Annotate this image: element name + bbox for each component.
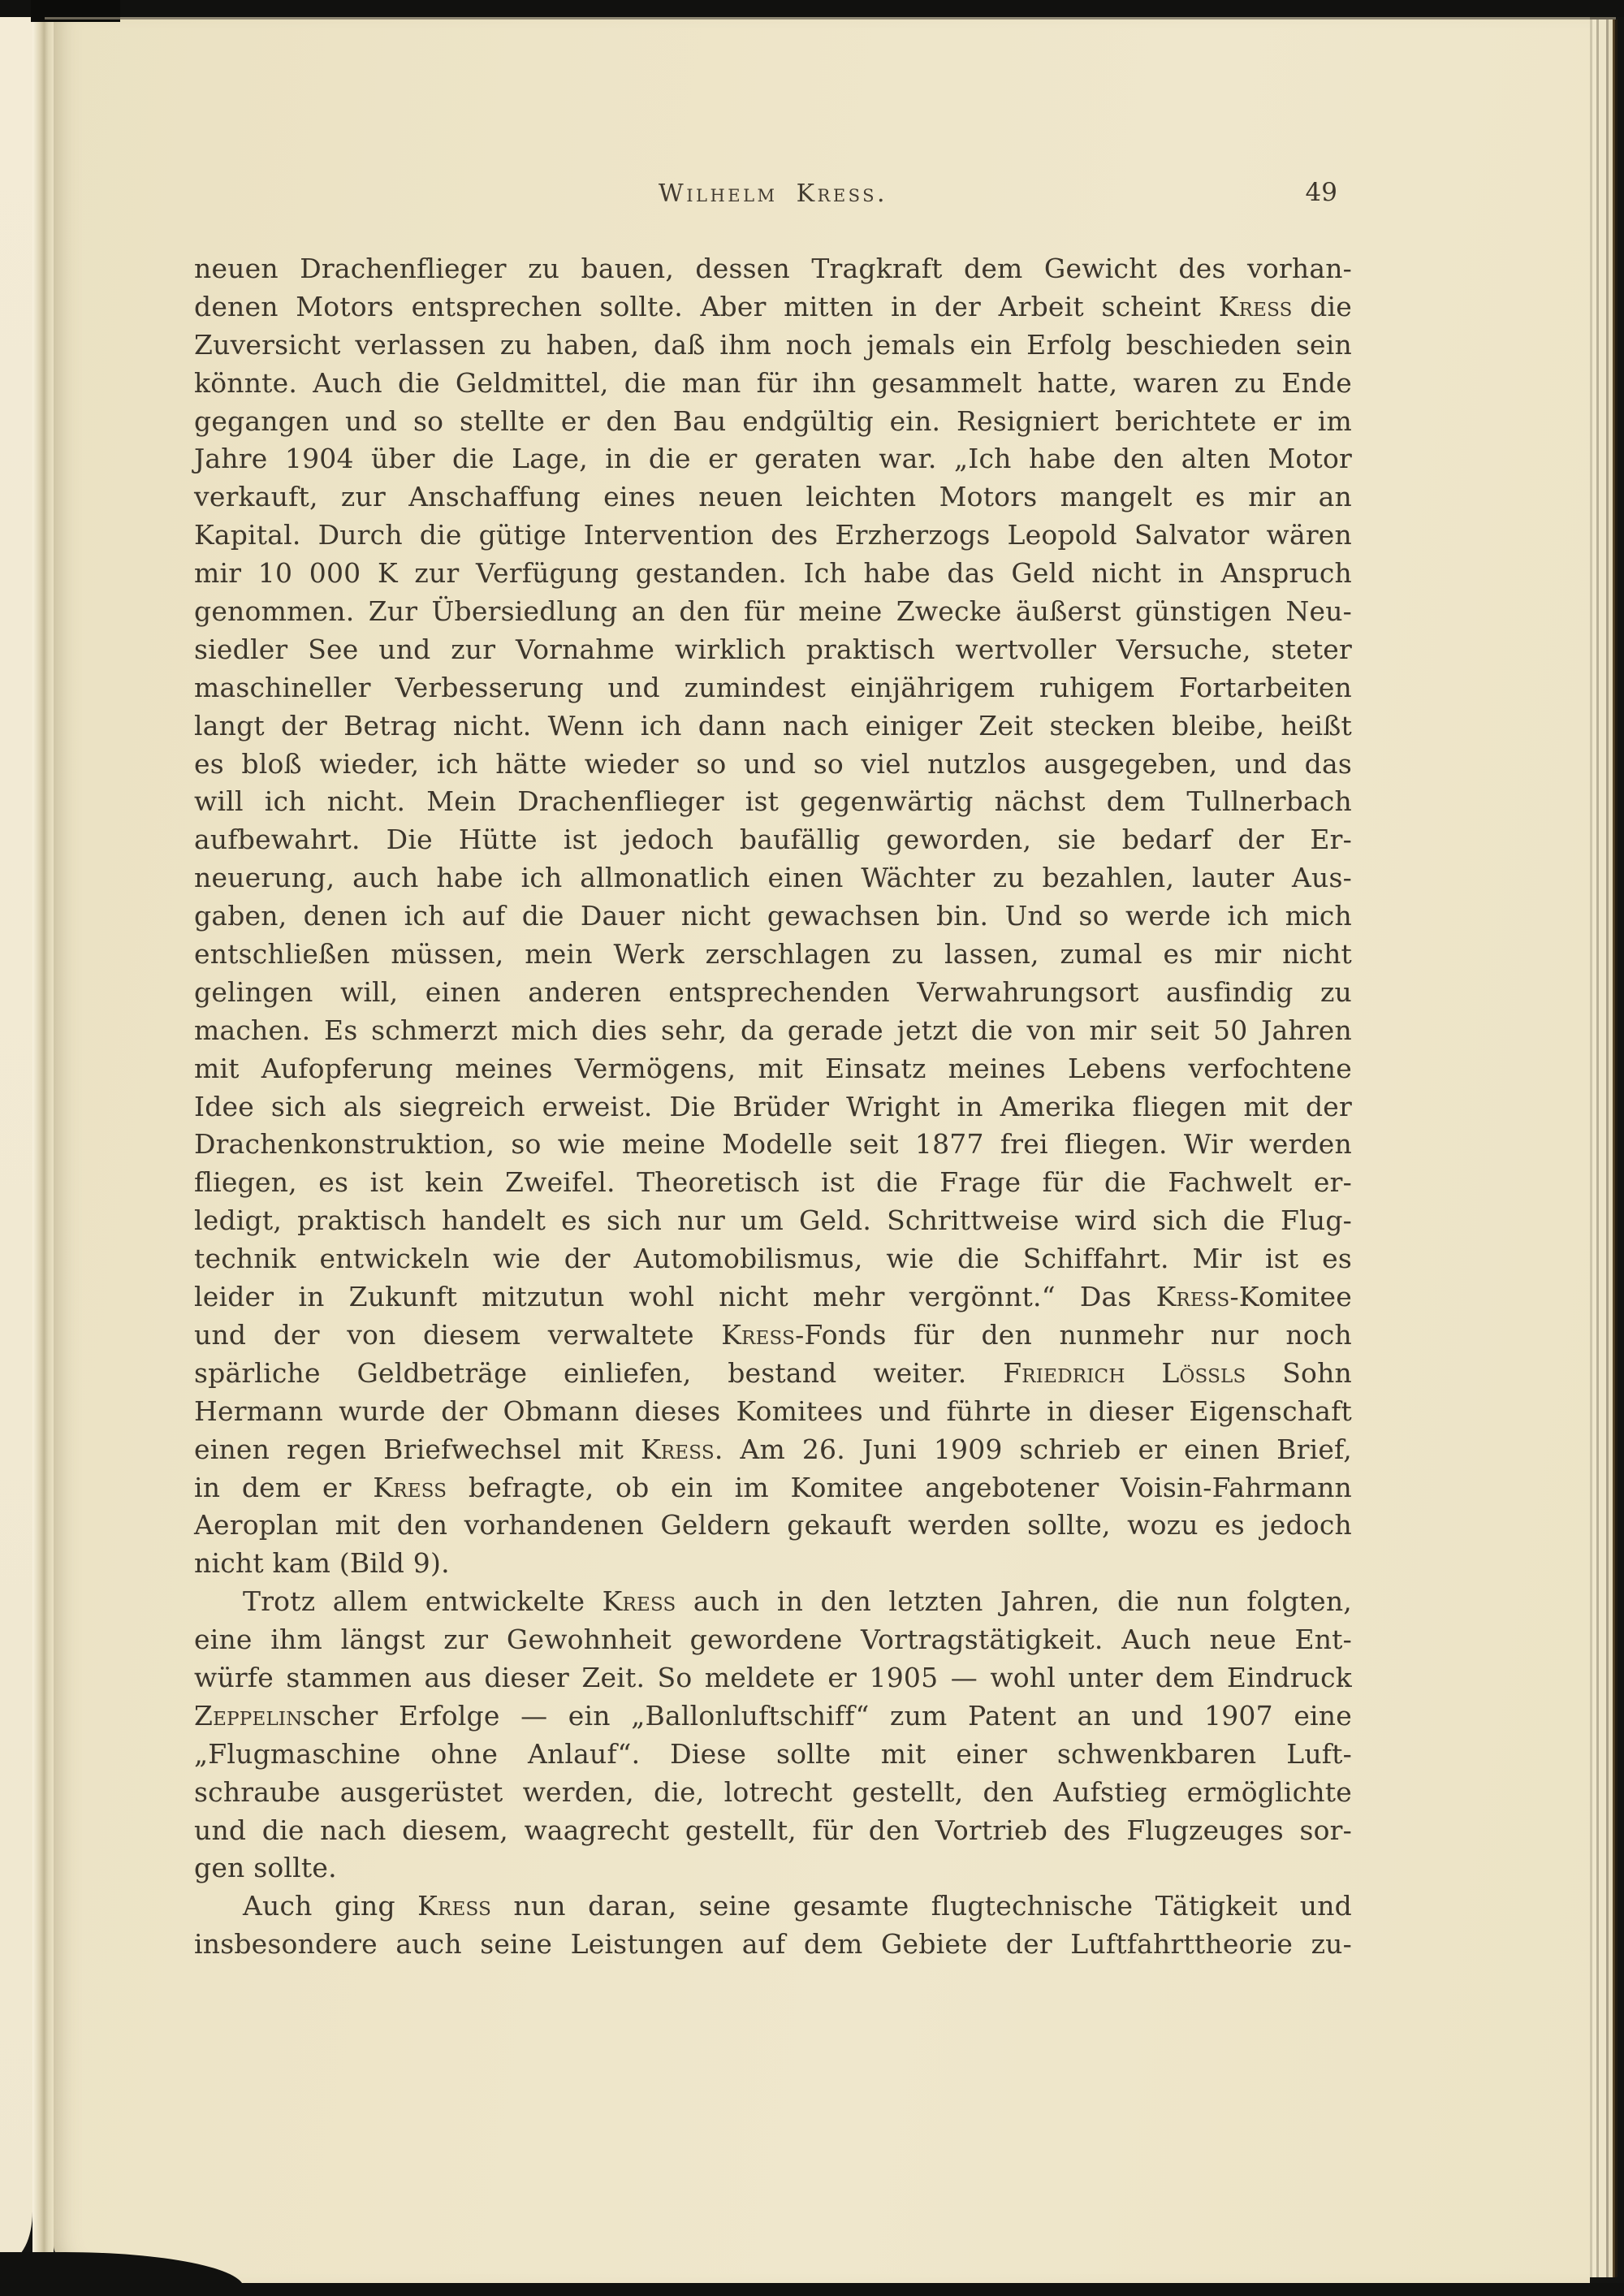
text-line: würfe stammen aus dieser Zeit. So meldet…: [194, 1659, 1352, 1697]
text-line: schraube ausgerüstet werden, die, lotrec…: [194, 1774, 1352, 1812]
text-line: Auch ging Kress nun daran, seine gesamte…: [194, 1887, 1352, 1926]
text-line: nicht kam (Bild 9).: [194, 1545, 1352, 1583]
text-line: könnte. Auch die Geldmittel, die man für…: [194, 365, 1352, 403]
text-line: in dem er Kress befragte, ob ein im Komi…: [194, 1469, 1352, 1507]
text-line: langt der Betrag nicht. Wenn ich dann na…: [194, 707, 1352, 746]
text-line: gen sollte.: [194, 1849, 1352, 1887]
text-line: neuerung, auch habe ich allmonatlich ein…: [194, 859, 1352, 897]
text-line: einen regen Briefwechsel mit Kress. Am 2…: [194, 1431, 1352, 1469]
text-line: gegangen und so stellte er den Bau endgü…: [194, 403, 1352, 441]
text-line: spärliche Geldbeträge einliefen, bestand…: [194, 1355, 1352, 1393]
page-top-edge-line: [45, 17, 1616, 19]
book-scan: Wilhelm Kress. 49 neuen Drachenflieger z…: [0, 0, 1624, 2296]
text-line: denen Motors entsprechen sollte. Aber mi…: [194, 288, 1352, 326]
page-number: 49: [1306, 178, 1337, 207]
running-header: Wilhelm Kress. 49: [194, 179, 1352, 215]
gutter-shadow: [32, 17, 54, 2264]
text-line: ledigt, praktisch handelt es sich nur um…: [194, 1202, 1352, 1240]
text-line: verkauft, zur Anschaffung eines neuen le…: [194, 478, 1352, 517]
text-line: „Flugmaschine ohne Anlauf“. Diese sollte…: [194, 1736, 1352, 1774]
text-line: Jahre 1904 über die Lage, in die er gera…: [194, 440, 1352, 478]
text-line: Aeroplan mit den vorhandenen Geldern gek…: [194, 1507, 1352, 1545]
text-line: mir 10 000 K zur Verfügung gestanden. Ic…: [194, 555, 1352, 593]
text-line: gaben, denen ich auf die Dauer nicht gew…: [194, 897, 1352, 936]
scan-bottom-edge: [0, 2283, 1624, 2296]
text-line: es bloß wieder, ich hätte wieder so und …: [194, 746, 1352, 784]
text-line: machen. Es schmerzt mich dies sehr, da g…: [194, 1012, 1352, 1050]
text-line: und der von diesem verwaltete Kress-Fond…: [194, 1317, 1352, 1355]
text-line: gelingen will, einen anderen entsprechen…: [194, 974, 1352, 1012]
text-line: siedler See und zur Vornahme wirklich pr…: [194, 631, 1352, 669]
text-line: leider in Zukunft mitzutun wohl nicht me…: [194, 1278, 1352, 1317]
running-title: Wilhelm Kress.: [194, 179, 1352, 208]
text-line: Drachenkonstruktion, so wie meine Modell…: [194, 1126, 1352, 1164]
text-line: und die nach diesem, waagrecht gestellt,…: [194, 1812, 1352, 1850]
text-line: fliegen, es ist kein Zweifel. Theoretisc…: [194, 1164, 1352, 1202]
text-line: maschineller Verbesserung und zumindest …: [194, 669, 1352, 707]
text-line: Zeppelinscher Erfolge — ein „Ballonlufts…: [194, 1697, 1352, 1736]
scan-top-edge: [0, 0, 1624, 17]
body-text: neuen Drachenflieger zu bauen, dessen Tr…: [194, 250, 1352, 1964]
text-line: neuen Drachenflieger zu bauen, dessen Tr…: [194, 250, 1352, 288]
facing-page-edge: [0, 17, 32, 2260]
text-line: Trotz allem entwickelte Kress auch in de…: [194, 1583, 1352, 1621]
text-line: Idee sich als siegreich erweist. Die Brü…: [194, 1088, 1352, 1126]
text-line: Zuversicht verlassen zu haben, daß ihm n…: [194, 326, 1352, 365]
text-line: Hermann wurde der Obmann dieses Komitees…: [194, 1393, 1352, 1431]
book-page: Wilhelm Kress. 49 neuen Drachenflieger z…: [54, 17, 1590, 2285]
text-line: technik entwickeln wie der Automobilismu…: [194, 1240, 1352, 1278]
text-line: insbesondere auch seine Leistungen auf d…: [194, 1926, 1352, 1964]
text-line: aufbewahrt. Die Hütte ist jedoch baufäll…: [194, 821, 1352, 859]
text-line: Kapital. Durch die gütige Intervention d…: [194, 517, 1352, 555]
text-line: genommen. Zur Übersiedlung an den für me…: [194, 593, 1352, 631]
text-line: entschließen müssen, mein Werk zerschlag…: [194, 936, 1352, 974]
page-edge-stack: [1590, 19, 1618, 2277]
text-line: eine ihm längst zur Gewohnheit gewordene…: [194, 1621, 1352, 1659]
text-line: mit Aufopferung meines Vermögens, mit Ei…: [194, 1050, 1352, 1088]
text-line: will ich nicht. Mein Drachenflieger ist …: [194, 783, 1352, 821]
